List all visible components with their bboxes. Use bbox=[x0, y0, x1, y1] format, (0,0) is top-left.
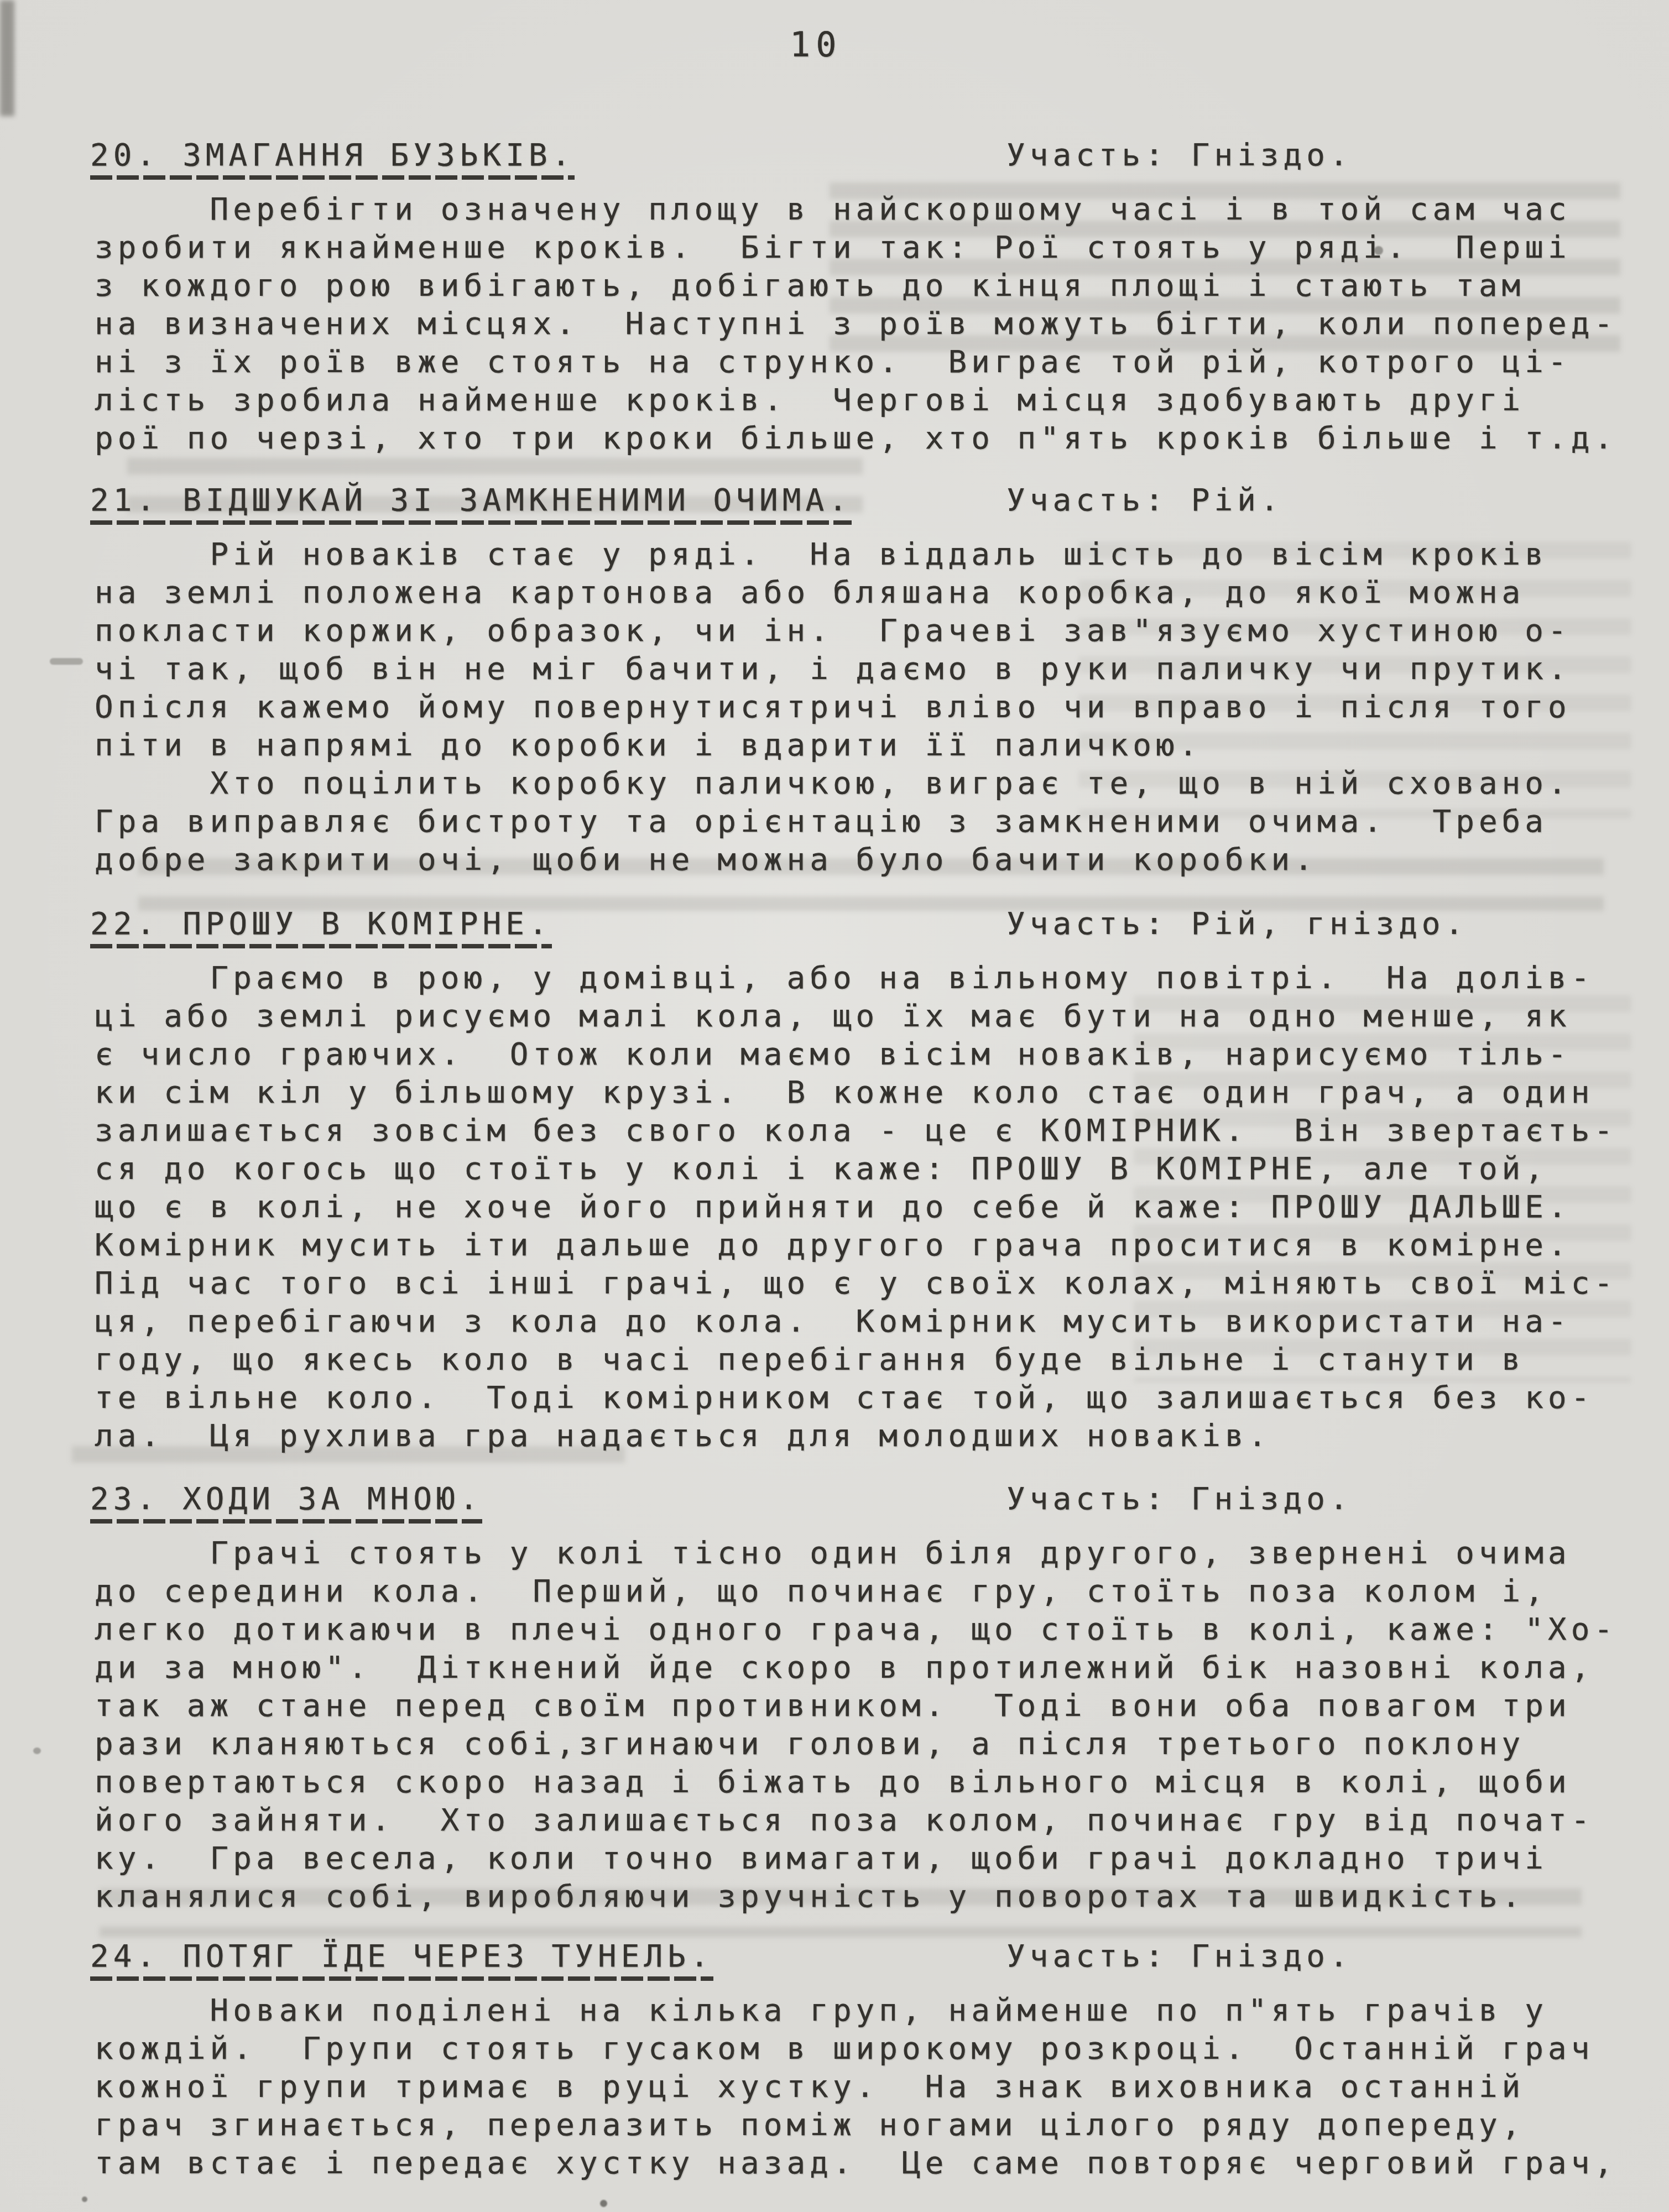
section-heading: 20.ЗМАГАННЯ БУЗЬКІВ. bbox=[90, 137, 575, 180]
section-number: 24. bbox=[90, 1938, 159, 1974]
section-20: 20.ЗМАГАННЯ БУЗЬКІВ. Участь: Гніздо. Пер… bbox=[90, 137, 1644, 457]
section-body: Рій новаків стає у ряді. На віддаль шіст… bbox=[95, 535, 1644, 879]
section-participation: Участь: Рій, гніздо. bbox=[1006, 906, 1468, 942]
section-22: 22.ПРОШУ В КОМІРНЕ. Участь: Рій, гніздо.… bbox=[90, 906, 1644, 1455]
section-heading: 22.ПРОШУ В КОМІРНЕ. bbox=[90, 906, 552, 948]
section-number: 21. bbox=[90, 482, 159, 518]
section-body: Граємо в рою, у домівці, або на вільному… bbox=[95, 959, 1644, 1455]
section-heading: 21.ВІДШУКАЙ ЗІ ЗАМКНЕНИМИ ОЧИМА. bbox=[90, 482, 852, 525]
scan-speck bbox=[600, 2200, 607, 2207]
section-number: 23. bbox=[90, 1481, 159, 1517]
section-heading: 23.ХОДИ ЗА МНОЮ. bbox=[90, 1481, 482, 1524]
scan-smudge bbox=[0, 0, 14, 116]
section-body: Перебігти означену площу в найскоршому ч… bbox=[95, 190, 1644, 457]
section-21: 21.ВІДШУКАЙ ЗІ ЗАМКНЕНИМИ ОЧИМА. Участь:… bbox=[90, 482, 1644, 879]
section-title: ПРОШУ В КОМІРНЕ. bbox=[182, 906, 551, 942]
section-title: ПОТЯГ ЇДЕ ЧЕРЕЗ ТУНЕЛЬ. bbox=[182, 1938, 713, 1974]
section-body: Новаки поділені на кілька груп, найменше… bbox=[95, 1991, 1644, 2182]
section-participation: Участь: Гніздо. bbox=[1006, 1938, 1353, 1974]
section-title: ВІДШУКАЙ ЗІ ЗАМКНЕНИМИ ОЧИМА. bbox=[182, 482, 852, 518]
section-participation: Участь: Рій. bbox=[1006, 482, 1284, 518]
section-participation: Участь: Гніздо. bbox=[1006, 137, 1353, 173]
scan-speck bbox=[33, 1747, 41, 1754]
section-number: 20. bbox=[90, 137, 159, 173]
scanned-page: { "page": { "number": "10", "paper_color… bbox=[0, 0, 1669, 2212]
section-24: 24.ПОТЯГ ЇДЕ ЧЕРЕЗ ТУНЕЛЬ. Участь: Гнізд… bbox=[90, 1938, 1644, 2182]
scan-speck bbox=[82, 2197, 87, 2202]
section-title: ХОДИ ЗА МНОЮ. bbox=[182, 1481, 482, 1517]
section-participation: Участь: Гніздо. bbox=[1006, 1481, 1353, 1517]
page-number: 10 bbox=[790, 24, 842, 65]
scan-speck bbox=[50, 658, 83, 665]
section-heading: 24.ПОТЯГ ЇДЕ ЧЕРЕЗ ТУНЕЛЬ. bbox=[90, 1938, 713, 1981]
section-body: Грачі стоять у колі тісно один біля друг… bbox=[95, 1534, 1644, 1916]
section-number: 22. bbox=[90, 906, 159, 942]
section-23: 23.ХОДИ ЗА МНОЮ. Участь: Гніздо. Грачі с… bbox=[90, 1481, 1644, 1916]
section-title: ЗМАГАННЯ БУЗЬКІВ. bbox=[182, 137, 575, 173]
